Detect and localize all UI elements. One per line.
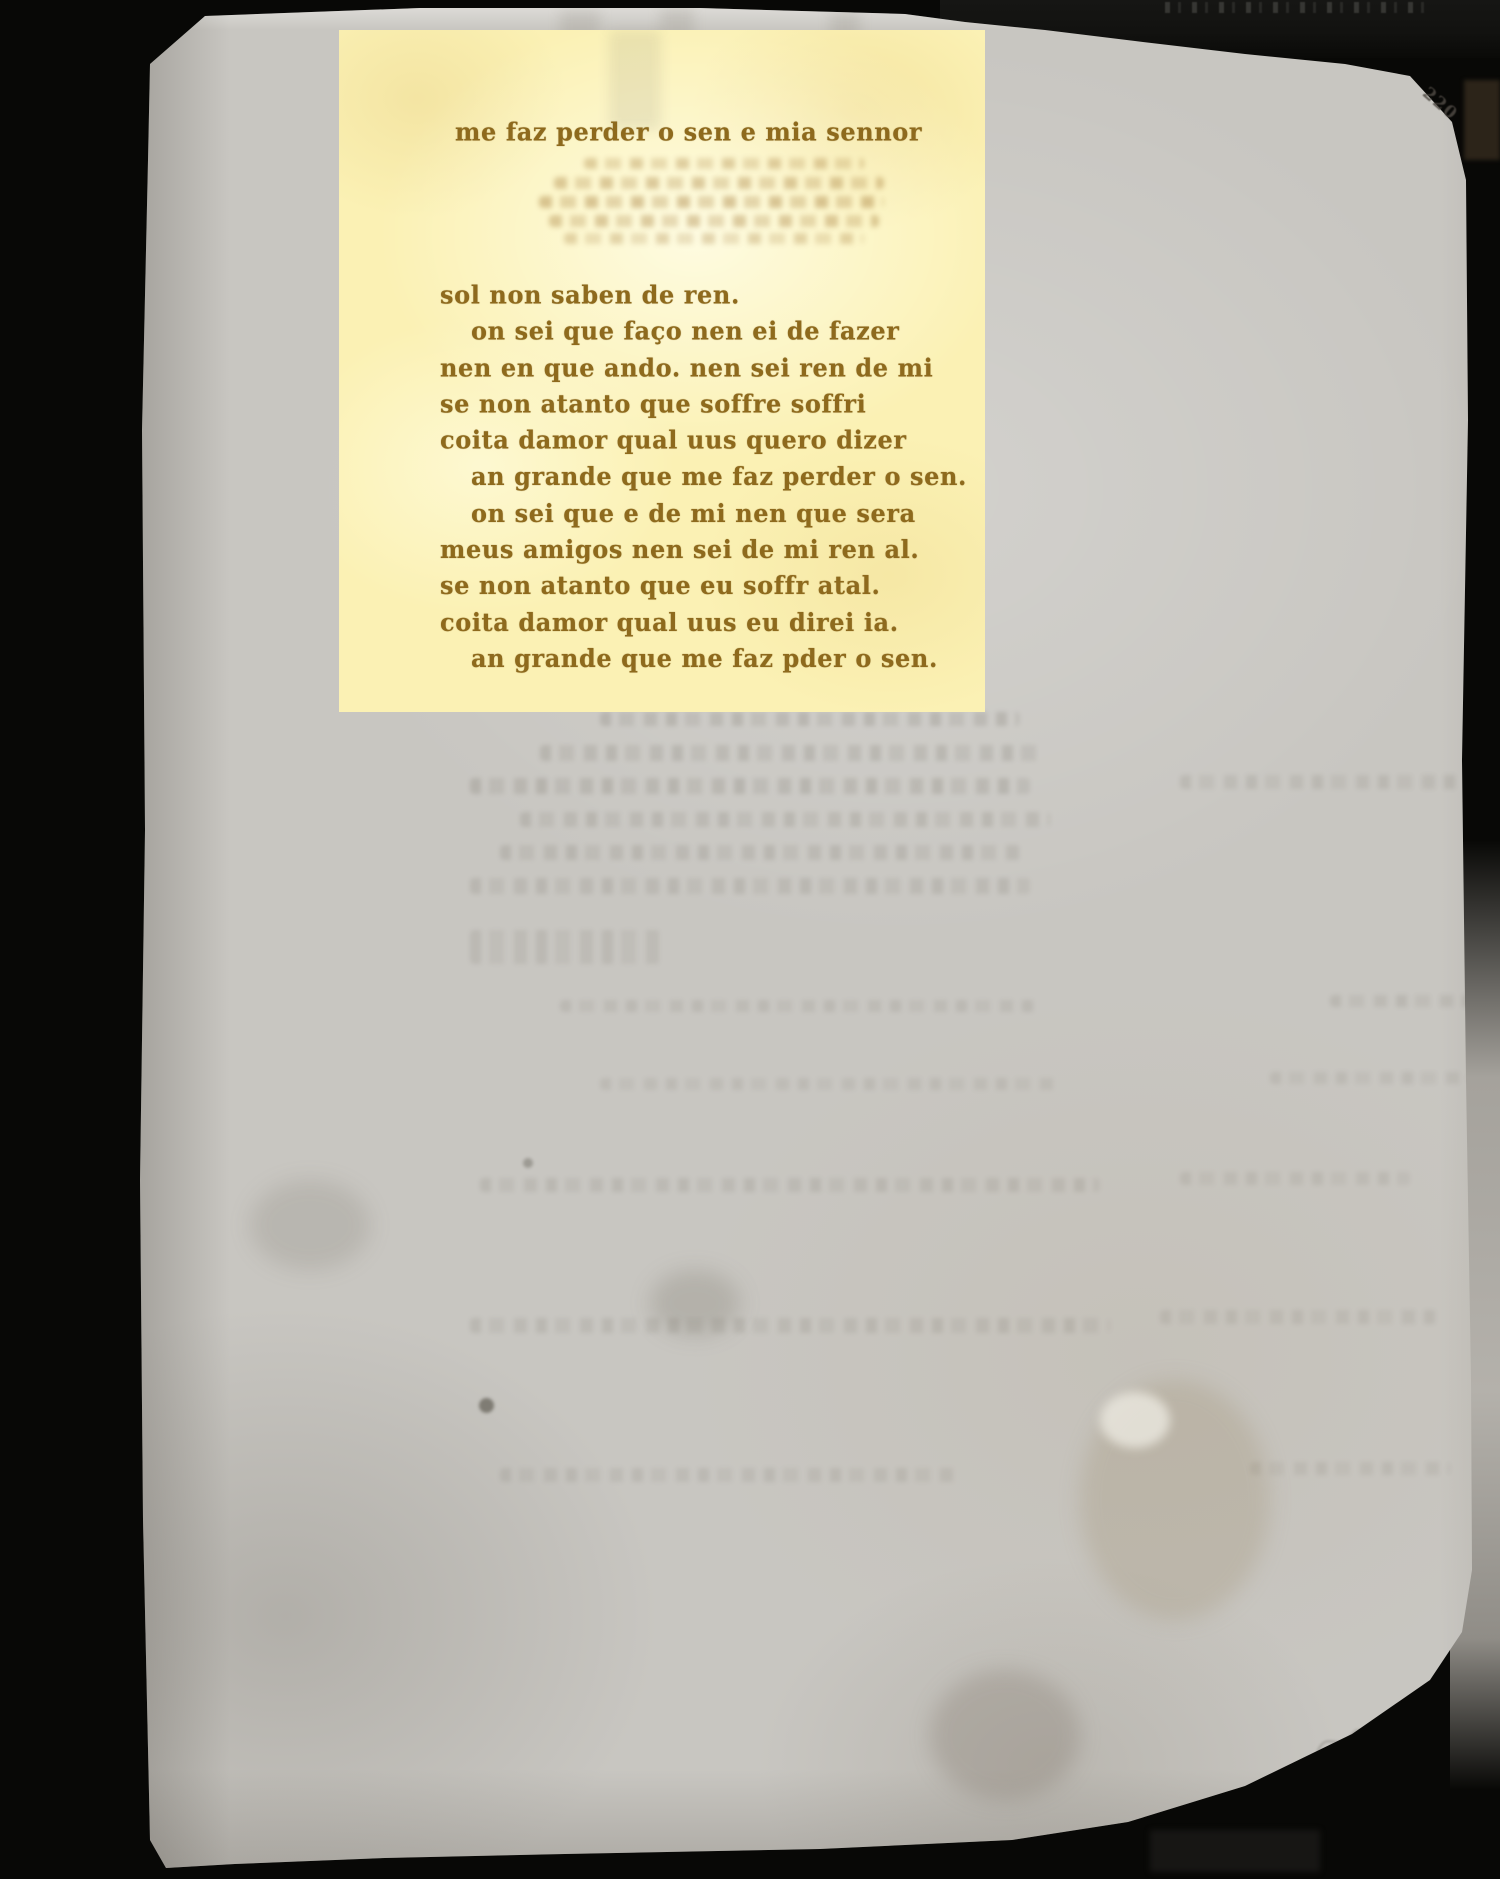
manuscript-line: coita damor qual uus eu direi ia.	[440, 604, 980, 640]
bleed-through-line	[470, 878, 1030, 894]
background-label-marks	[1165, 2, 1425, 13]
pencil-flourish	[1311, 1714, 1406, 1759]
bleed-through-line	[540, 745, 1040, 761]
page-stain	[930, 1670, 1080, 1800]
manuscript-line: on sei que e de mi nen que sera	[440, 495, 980, 531]
page-spot	[479, 1398, 494, 1413]
overlay-streak	[609, 30, 661, 130]
highlighted-manuscript-region: me faz perder o sen e mia sennor sol non…	[339, 30, 985, 712]
bleed-through-line	[1180, 775, 1460, 789]
bleed-through-line	[470, 778, 1030, 794]
manuscript-line: coita damor qual uus quero dizer	[440, 422, 980, 458]
book-page-edges-stack	[6, 52, 146, 1820]
bleed-through-line	[600, 712, 1020, 726]
background-shadow-patch	[1150, 1830, 1320, 1872]
bleed-through-line	[560, 1000, 1040, 1012]
bleed-through-line	[1180, 1172, 1410, 1185]
bleed-through-line	[1270, 1072, 1470, 1084]
bleed-through-line	[554, 177, 884, 189]
manuscript-line: an grande que me faz pder o sen.	[440, 641, 980, 677]
page-stain	[650, 1270, 740, 1336]
bleed-through-line	[480, 1178, 1100, 1192]
bleed-through-line	[600, 1078, 1060, 1090]
manuscript-line: se non atanto que soffre soffri	[440, 386, 980, 422]
bleed-through-line	[470, 1318, 1110, 1333]
bleed-through-line	[564, 233, 864, 244]
manuscript-line: meus amigos nen sei de mi ren al.	[440, 531, 980, 567]
page-spot	[523, 1158, 533, 1168]
pencil-inscription-text: 9v	[1397, 1700, 1437, 1735]
bleed-through-line	[549, 215, 879, 227]
manuscript-line: sol non saben de ren.	[440, 277, 980, 313]
manuscript-stanza: sol non saben de ren.on sei que faço nen…	[440, 277, 980, 677]
bleed-through-line	[539, 196, 884, 208]
manuscript-photo: 9v 220 me faz perder o sen e mia sennor …	[0, 0, 1500, 1879]
bleed-through-line	[500, 845, 1020, 860]
page-stain	[250, 1180, 370, 1270]
bleed-through-line	[1250, 1462, 1450, 1475]
manuscript-line: se non atanto que eu soffr atal.	[440, 568, 980, 604]
pencil-inscription: 9v	[1309, 1689, 1466, 1771]
manuscript-line: me faz perder o sen e mia sennor	[455, 116, 922, 147]
page-stain-highlight	[1100, 1392, 1170, 1448]
manuscript-line: on sei que faço nen ei de fazer	[440, 313, 980, 349]
bleed-through-line	[500, 1468, 960, 1482]
background-dark-patch	[1464, 80, 1500, 160]
bleed-through-line	[584, 158, 864, 169]
bleed-through-line	[1330, 995, 1480, 1007]
bleed-through-line	[520, 812, 1050, 827]
bleed-through-line	[1160, 1310, 1440, 1324]
manuscript-line: nen en que ando. nen sei ren de mi	[440, 350, 980, 386]
bleed-through-smudge	[470, 930, 660, 964]
manuscript-line: an grande que me faz perder o sen.	[440, 459, 980, 495]
